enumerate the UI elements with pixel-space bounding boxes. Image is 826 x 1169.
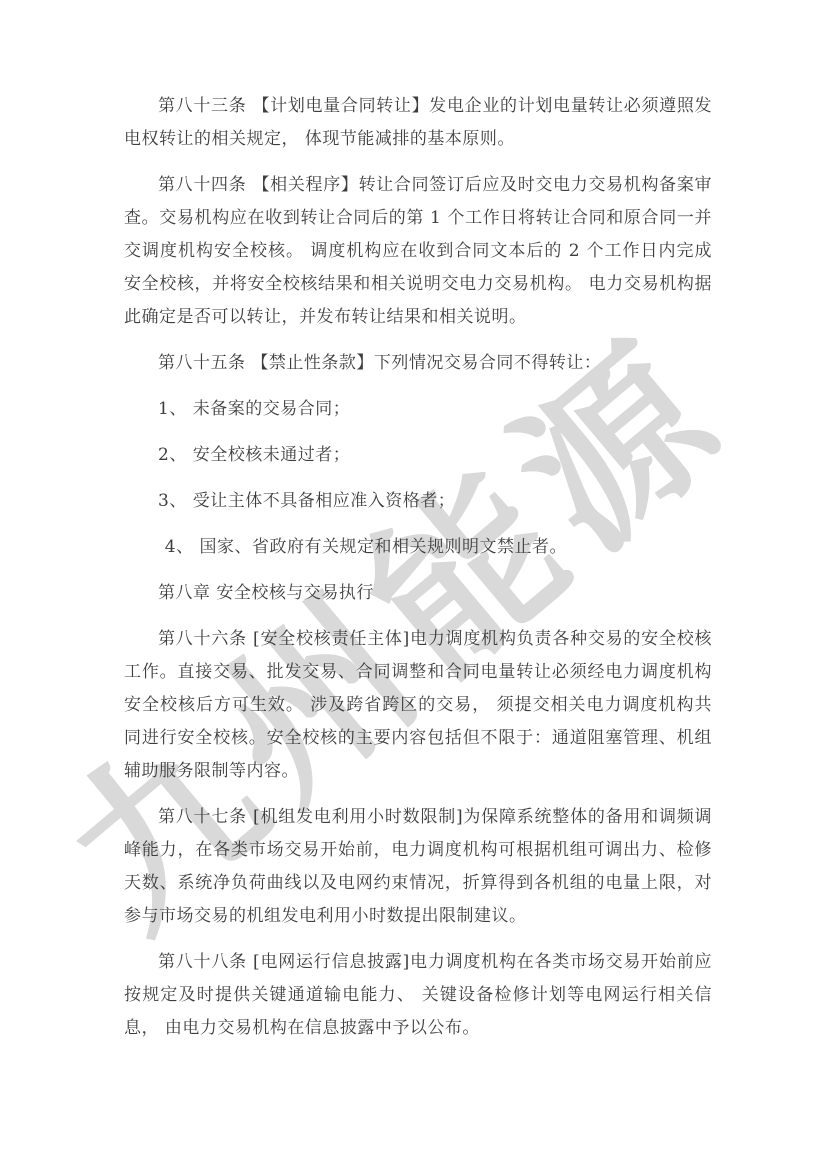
document-body: 第八十三条 【计划电量合同转让】发电企业的计划电量转让必须遵照发电权转让的相关规… (124, 90, 712, 1058)
article-85-list-item-4: 4、 国家、省政府有关规定和相关规则明文禁止者。 (124, 531, 712, 564)
article-85-list-item-3: 3、 受让主体不具备相应准入资格者； (124, 485, 712, 518)
article-85-list-item-1: 1、 未备案的交易合同； (124, 393, 712, 426)
article-85-paragraph: 第八十五条 【禁止性条款】下列情况交易合同不得转让： (124, 347, 712, 380)
article-88-paragraph: 第八十八条 [电网运行信息披露]电力调度机构在各类市场交易开始前应按规定及时提供… (124, 946, 712, 1045)
article-84-paragraph: 第八十四条 【相关程序】转让合同签订后应及时交电力交易机构备案审查。交易机构应在… (124, 169, 712, 334)
document-page: 九州能源 第八十三条 【计划电量合同转让】发电企业的计划电量转让必须遵照发电权转… (0, 0, 826, 1169)
article-86-paragraph: 第八十六条 [安全校核责任主体]电力调度机构负责各种交易的安全校核工作。直接交易… (124, 623, 712, 788)
article-87-paragraph: 第八十七条 [机组发电利用小时数限制]为保障系统整体的备用和调频调峰能力，在各类… (124, 801, 712, 933)
chapter-8-heading: 第八章 安全校核与交易执行 (124, 577, 712, 610)
article-85-list-item-2: 2、 安全校核未通过者； (124, 439, 712, 472)
article-83-paragraph: 第八十三条 【计划电量合同转让】发电企业的计划电量转让必须遵照发电权转让的相关规… (124, 90, 712, 156)
